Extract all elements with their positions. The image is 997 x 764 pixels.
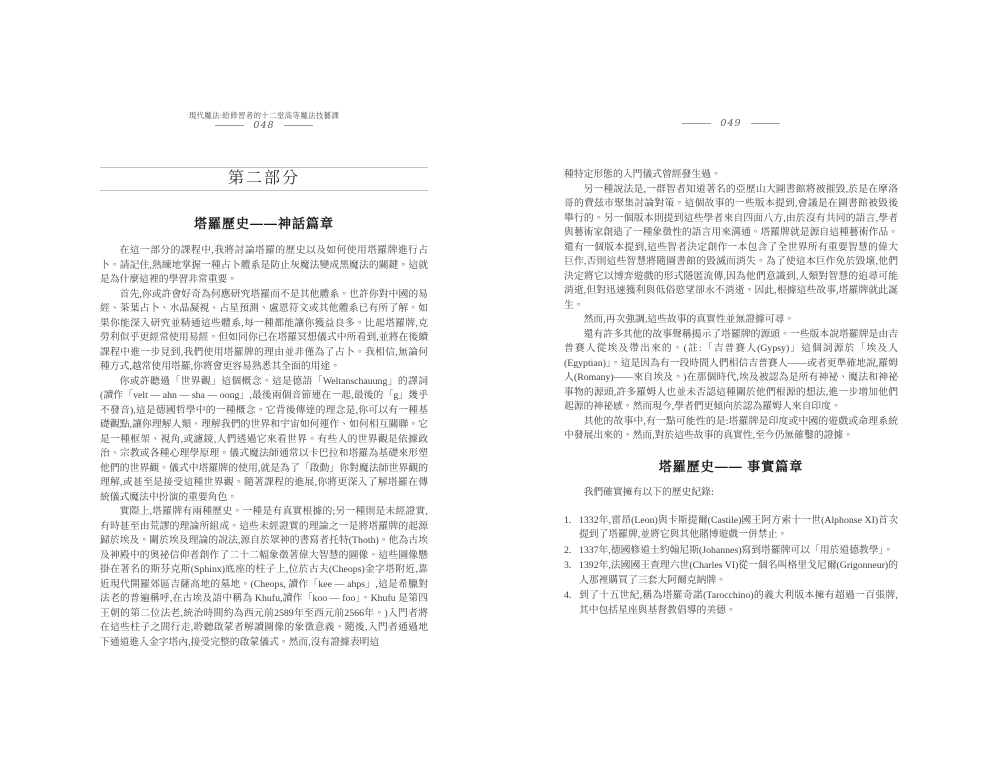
list-item-number: 4. [564, 589, 579, 618]
list-item-number: 3. [564, 559, 579, 588]
folio-rule-right [751, 123, 780, 124]
records-intro: 我們確實擁有以下的歷史紀錄: [564, 486, 898, 501]
folio-rule-left [215, 125, 244, 126]
folio-left: 048 [100, 121, 428, 131]
history-records-list: 1. 1332年,雷昂(Leon)與卡斯提爾(Castile)國王阿方索十一世(… [564, 514, 898, 619]
list-item-text: 到了十五世紀,稱為塔羅奇諾(Tarocchino)的義大利版本擁有超過一百張牌,… [579, 589, 898, 618]
folio-rule-right [284, 125, 313, 126]
section-title-facts: 塔羅歷史—— 事實篇章 [564, 460, 898, 475]
list-item-text: 1332年,雷昂(Leon)與卡斯提爾(Castile)國王阿方索十一世(Alp… [579, 514, 898, 543]
list-item-number: 2. [564, 544, 579, 559]
paragraph: 首先,你或許會好奇為何應研究塔羅而不是其他體系。也許你對中國的易經、茶葉占卜、水… [100, 288, 428, 375]
list-item: 1. 1332年,雷昂(Leon)與卡斯提爾(Castile)國王阿方索十一世(… [564, 514, 898, 543]
page-right: 049 種特定形態的入門儀式曾經發生過。 另一種說法是,一群智者知道著名的亞歷山… [564, 0, 898, 764]
paragraph: 在這一部分的課程中,我將討論塔羅的歷史以及如何使用塔羅牌進行占卜。請記住,熟練地… [100, 244, 428, 288]
paragraph: 其他的故事中,有一點可能性的是:塔羅牌是印度或中國的遊戲或命理系統中發展出來的。… [564, 415, 898, 444]
part-divider-band: 第二部分 [100, 167, 428, 191]
list-item-text: 1337年,德國修道士約翰尼斯(Johannes)寫到塔羅牌可以「用於道德教學」… [579, 544, 898, 559]
part-title: 第二部分 [228, 171, 300, 187]
list-item: 3. 1392年,法國國王查理六世(Charles VI)從一個名叫格里戈尼爾(… [564, 559, 898, 588]
paragraph-continuation: 種特定形態的入門儀式曾經發生過。 [564, 168, 898, 183]
page-left: 現代魔法:給修習者的十二堂高等魔法技藝課 048 第二部分 塔羅歷史——神話篇章… [100, 0, 428, 764]
book-spread: 現代魔法:給修習者的十二堂高等魔法技藝課 048 第二部分 塔羅歷史——神話篇章… [0, 0, 997, 764]
paragraph: 還有許多其他的故事聲稱揭示了塔羅牌的源頭。一些版本說塔羅牌是由吉普賽人從埃及帶出… [564, 328, 898, 415]
right-page-body: 種特定形態的入門儀式曾經發生過。 另一種說法是,一群智者知道著名的亞歷山大圖書館… [564, 168, 898, 619]
page-number-right: 049 [720, 119, 741, 129]
folio-rule-left [682, 123, 711, 124]
section-title-myth: 塔羅歷史——神話篇章 [100, 213, 428, 232]
list-item-number: 1. [564, 514, 579, 543]
paragraph: 然而,再次強調,這些故事的真實性並無證據可尋。 [564, 313, 898, 328]
list-item: 2. 1337年,德國修道士約翰尼斯(Johannes)寫到塔羅牌可以「用於道德… [564, 544, 898, 559]
left-page-body: 在這一部分的課程中,我將討論塔羅的歷史以及如何使用塔羅牌進行占卜。請記住,熟練地… [100, 244, 428, 650]
paragraph: 你或許聽過「世界觀」這個概念。這是德語「Weltanschauung」的譯詞(讀… [100, 375, 428, 506]
page-number-left: 048 [253, 121, 274, 131]
folio-right: 049 [564, 119, 898, 129]
paragraph: 另一種說法是,一群智者知道著名的亞歷山大圖書館將被摧毀,於是在摩洛哥的費茲市聚集… [564, 183, 898, 314]
paragraph: 實際上,塔羅牌有兩種歷史。一種是有真實根據的;另一種則是未經證實,有時甚至由荒謬… [100, 505, 428, 650]
list-item-text: 1392年,法國國王查理六世(Charles VI)從一個名叫格里戈尼爾(Gri… [579, 559, 898, 588]
list-item: 4. 到了十五世紀,稱為塔羅奇諾(Tarocchino)的義大利版本擁有超過一百… [564, 589, 898, 618]
